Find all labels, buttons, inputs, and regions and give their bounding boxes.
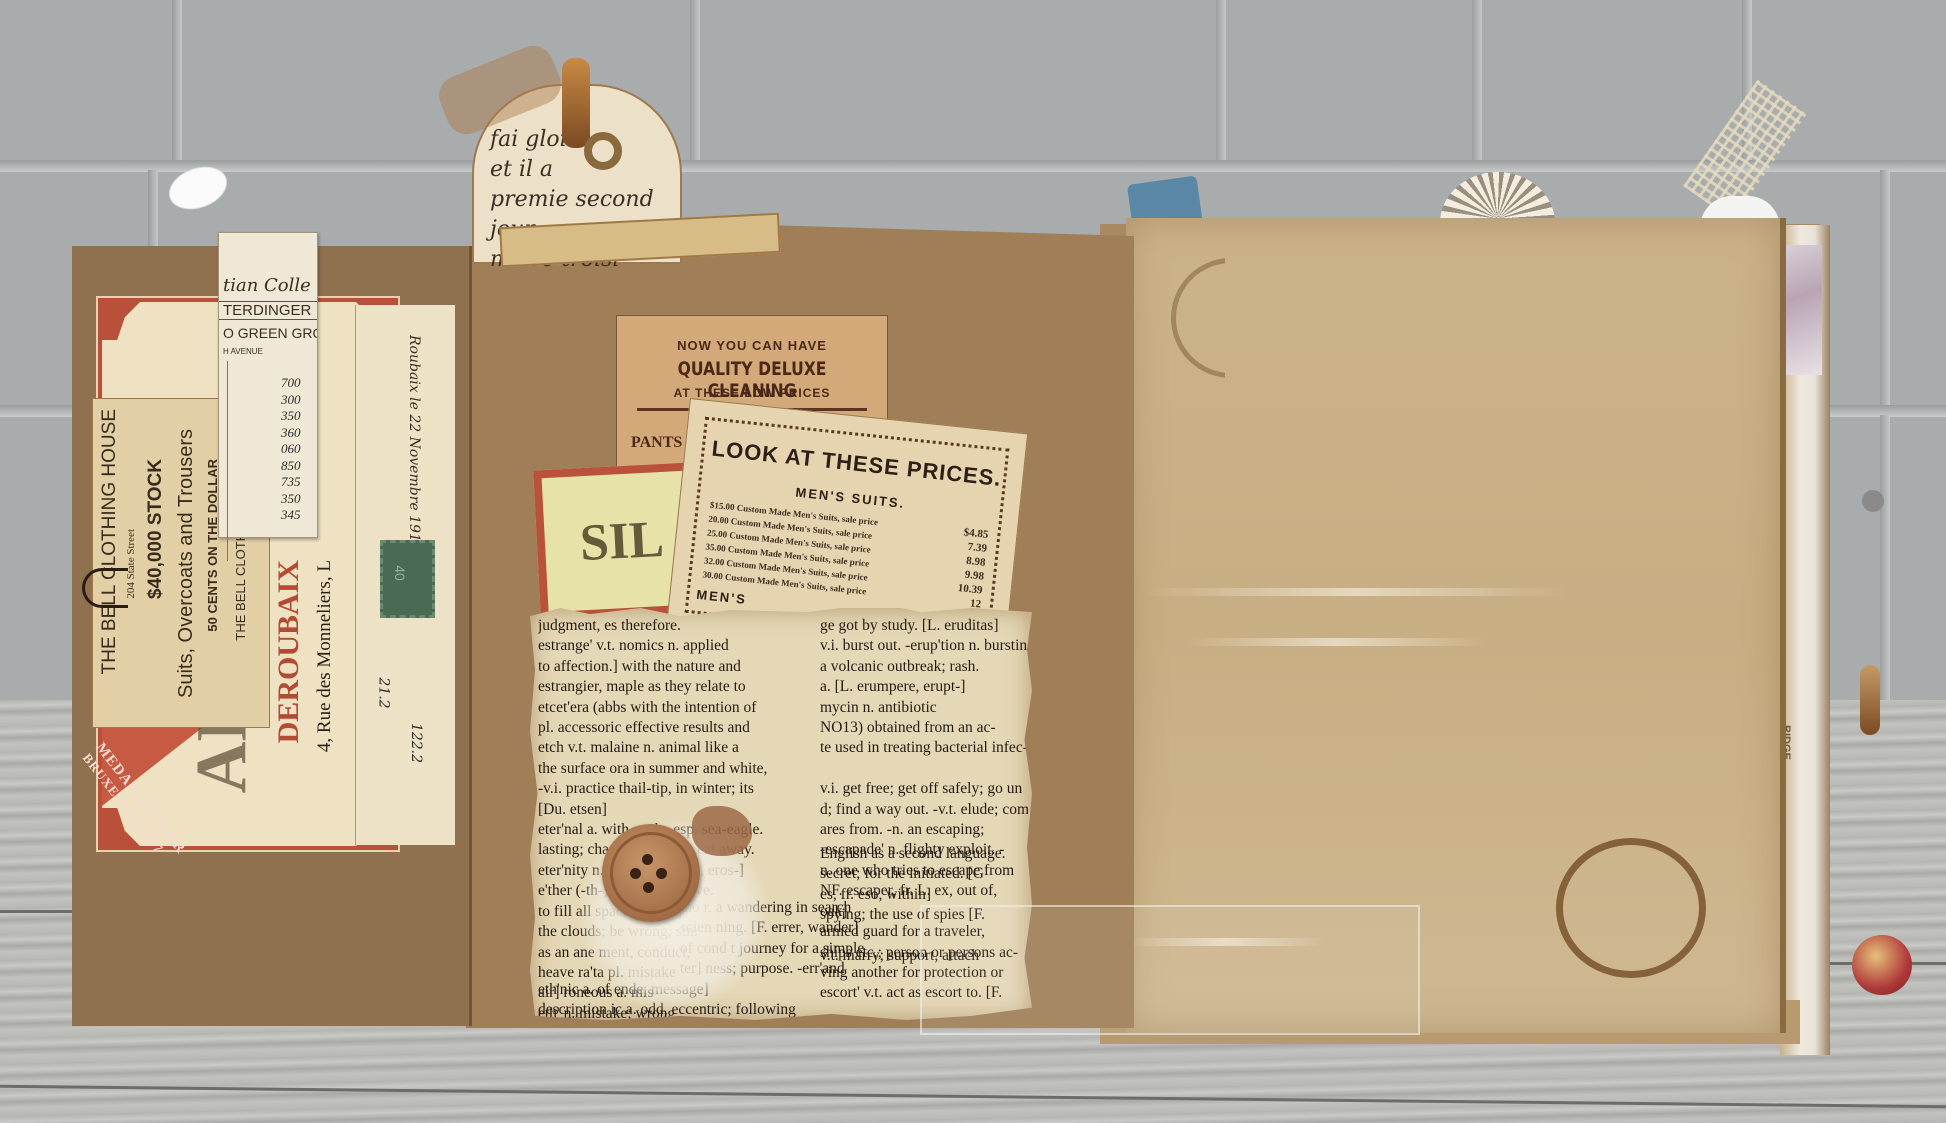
- stamp-value: 40: [392, 565, 408, 581]
- button-hole: [656, 868, 667, 879]
- brass-washer: [584, 132, 622, 170]
- tile-grout-line: [0, 160, 1946, 172]
- button-hole: [643, 882, 654, 893]
- amber-charm: [562, 58, 590, 148]
- tile-grout-line: [1880, 415, 1890, 715]
- fleur-corner-ornament: [102, 302, 140, 340]
- metal-charm: [1862, 490, 1884, 512]
- grocer-receipt-tag[interactable]: tian Colle TERDINGER O GREEN GROC H AVEN…: [218, 232, 318, 538]
- plank-seam: [0, 910, 80, 913]
- ledger-amounts: 700 300 350 360 060 850 735 350 345: [281, 375, 315, 524]
- paint-streak: [1146, 588, 1566, 596]
- plank-seam: [0, 1085, 1946, 1108]
- sil-label-text: SIL: [579, 510, 666, 573]
- coffee-ring-stain: [1556, 838, 1706, 978]
- tile-grout-line: [172, 0, 182, 160]
- paint-streak: [1186, 638, 1486, 646]
- glass-bead-charm: [1852, 935, 1912, 995]
- bead-dangle: [1860, 665, 1880, 735]
- tile-grout-line: [1472, 0, 1482, 160]
- button-hole: [642, 854, 653, 865]
- floral-paper-strip: [1782, 245, 1822, 375]
- tile-grout-line: [1880, 170, 1890, 405]
- paper-clip: [82, 568, 128, 608]
- tile-grout-line: [1216, 0, 1226, 160]
- button-hole: [630, 868, 641, 879]
- wooden-button: [602, 824, 700, 922]
- tile-grout-line: [690, 0, 700, 160]
- deroubaix-label: DEROUBAIX 4, Rue des Monneliers, L: [272, 560, 350, 820]
- fiber-tuft: [692, 806, 752, 856]
- coffee-ring-stain: [1171, 258, 1291, 378]
- button-rim: [610, 832, 692, 914]
- acrylic-display-stand: [920, 905, 1420, 1035]
